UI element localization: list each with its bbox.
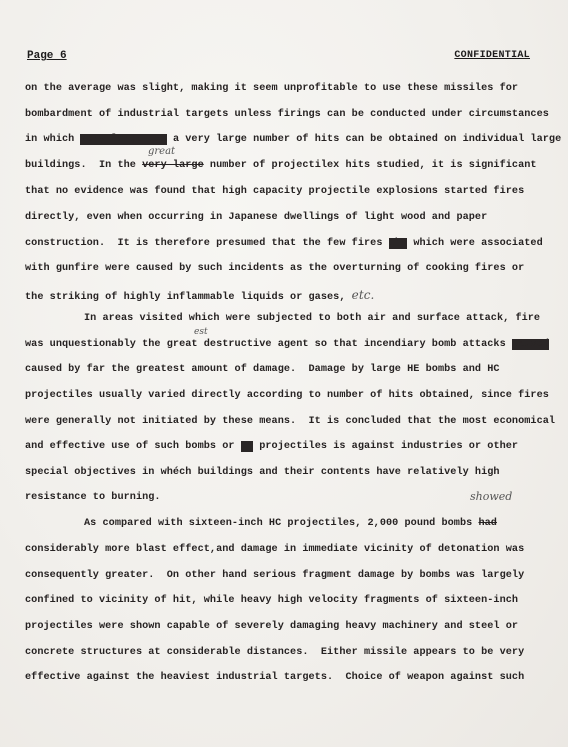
handwritten-insert: showed bbox=[470, 490, 512, 503]
text-line: effective against the heaviest industria… bbox=[25, 672, 524, 683]
struck-text: very large bbox=[142, 160, 204, 171]
text-line: directly, even when occurring in Japanes… bbox=[25, 212, 487, 223]
text-line: with gunfire were caused by such inciden… bbox=[25, 263, 524, 274]
text-line: confined to vicinity of hit, while heavy… bbox=[25, 595, 518, 606]
struck-text: had bbox=[478, 518, 497, 529]
struck-text: thx bbox=[389, 238, 408, 249]
page-header: Page 6 CONFIDENTIAL bbox=[27, 50, 530, 66]
text-line: projectiles usually varied directly acco… bbox=[25, 390, 549, 401]
text-line: were generally not initiated by these me… bbox=[25, 416, 555, 427]
text-line: on the average was slight, making it see… bbox=[25, 83, 518, 94]
text-line: bombardment of industrial targets unless… bbox=[25, 109, 549, 120]
classification-marking: CONFIDENTIAL bbox=[454, 50, 530, 61]
text-line: considerably more blast effect,and damag… bbox=[25, 544, 524, 555]
struck-text: very large xxx bbox=[80, 134, 166, 145]
document-page: Page 6 CONFIDENTIAL on the average was s… bbox=[0, 0, 568, 747]
struck-text: pm bbox=[241, 441, 253, 452]
text-line: buildings. In the very large number of p… bbox=[25, 160, 537, 171]
text-line: caused by far the greatest amount of dam… bbox=[25, 364, 500, 375]
text-line: construction. It is therefore presumed t… bbox=[25, 238, 543, 249]
text-line: consequently greater. On other hand seri… bbox=[25, 570, 524, 581]
text-line: and effective use of such bombs or pm pr… bbox=[25, 441, 518, 452]
text-line: resistance to burning. bbox=[25, 492, 161, 503]
struck-text: caused bbox=[512, 339, 549, 350]
text-line: In areas visited which were subjected to… bbox=[84, 313, 540, 324]
text-line: the striking of highly inflammable liqui… bbox=[25, 288, 374, 303]
page-number: Page 6 bbox=[27, 50, 67, 62]
text-line: in which very large xxx a very large num… bbox=[25, 134, 561, 145]
text-line: that no evidence was found that high cap… bbox=[25, 186, 524, 197]
text-line: As compared with sixteen-inch HC project… bbox=[84, 518, 497, 529]
handwritten-insert: great bbox=[148, 146, 175, 157]
handwritten-insert: est bbox=[194, 327, 208, 337]
text-line: was unquestionably the great destructive… bbox=[25, 339, 549, 350]
text-line: concrete structures at considerable dist… bbox=[25, 647, 524, 658]
handwritten-insert: etc. bbox=[352, 288, 375, 302]
text-line: projectiles were shown capable of severe… bbox=[25, 621, 518, 632]
text-line: special objectives in whéch buildings an… bbox=[25, 467, 500, 478]
